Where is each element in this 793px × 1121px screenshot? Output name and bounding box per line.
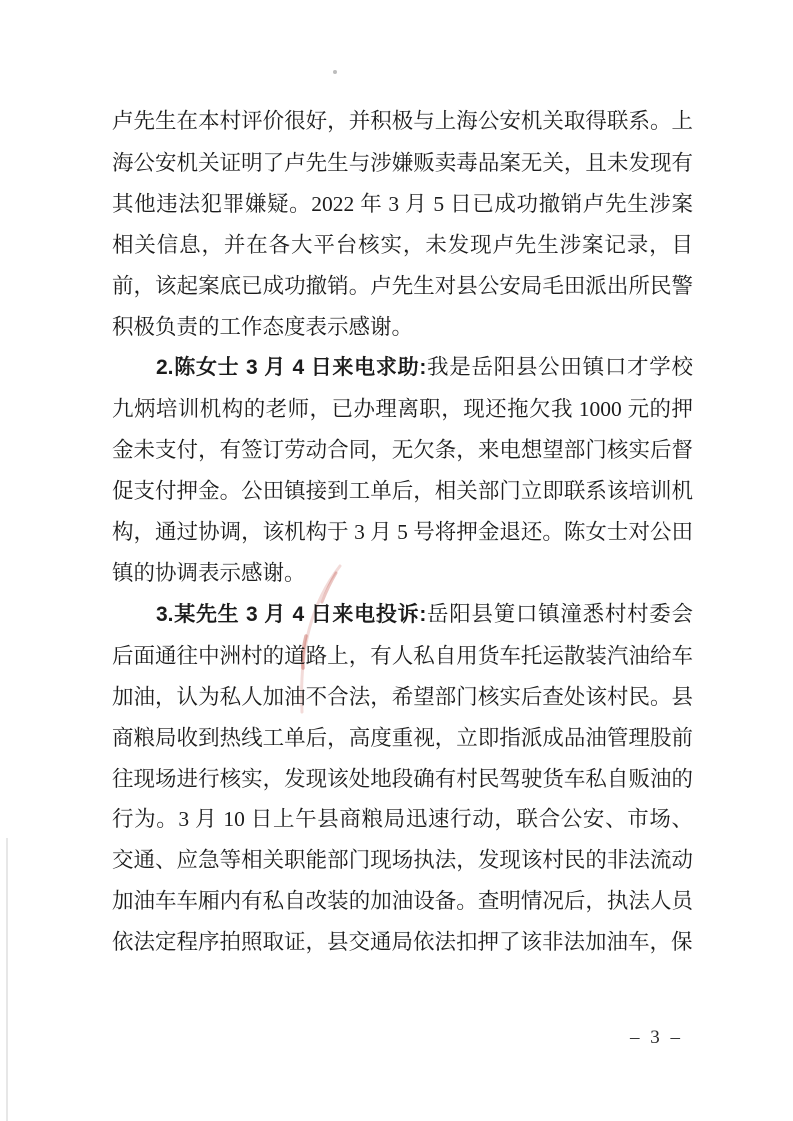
paragraph-2-lead: 2.陈女士 3 月 4 日来电求助:	[156, 356, 426, 379]
scan-edge-artifact	[6, 838, 8, 1121]
document-body: 卢先生在本村评价很好，并积极与上海公安机关取得联系。上海公安机关证明了卢先生与涉…	[112, 101, 693, 963]
paragraph-3-lead: 3.某先生 3 月 4 日来电投诉:	[156, 603, 426, 626]
paragraph-3-text: 岳阳县筻口镇潼悉村村委会后面通往中洲村的道路上，有人私自用货车托运散装汽油给车加…	[112, 602, 693, 954]
document-page: 卢先生在本村评价很好，并积极与上海公安机关取得联系。上海公安机关证明了卢先生与涉…	[0, 0, 793, 1121]
paragraph-1: 卢先生在本村评价很好，并积极与上海公安机关取得联系。上海公安机关证明了卢先生与涉…	[112, 101, 693, 347]
paragraph-2: 2.陈女士 3 月 4 日来电求助:我是岳阳县公田镇口才学校九炳培训机构的老师，…	[112, 347, 693, 593]
paragraph-2-text: 我是岳阳县公田镇口才学校九炳培训机构的老师，已办理离职，现还拖欠我 1000 元…	[112, 355, 693, 585]
ink-speck	[333, 70, 337, 74]
page-number: – 3 –	[630, 1027, 683, 1049]
paragraph-3: 3.某先生 3 月 4 日来电投诉:岳阳县筻口镇潼悉村村委会后面通往中洲村的道路…	[112, 594, 693, 963]
paragraph-1-text: 卢先生在本村评价很好，并积极与上海公安机关取得联系。上海公安机关证明了卢先生与涉…	[112, 109, 693, 339]
